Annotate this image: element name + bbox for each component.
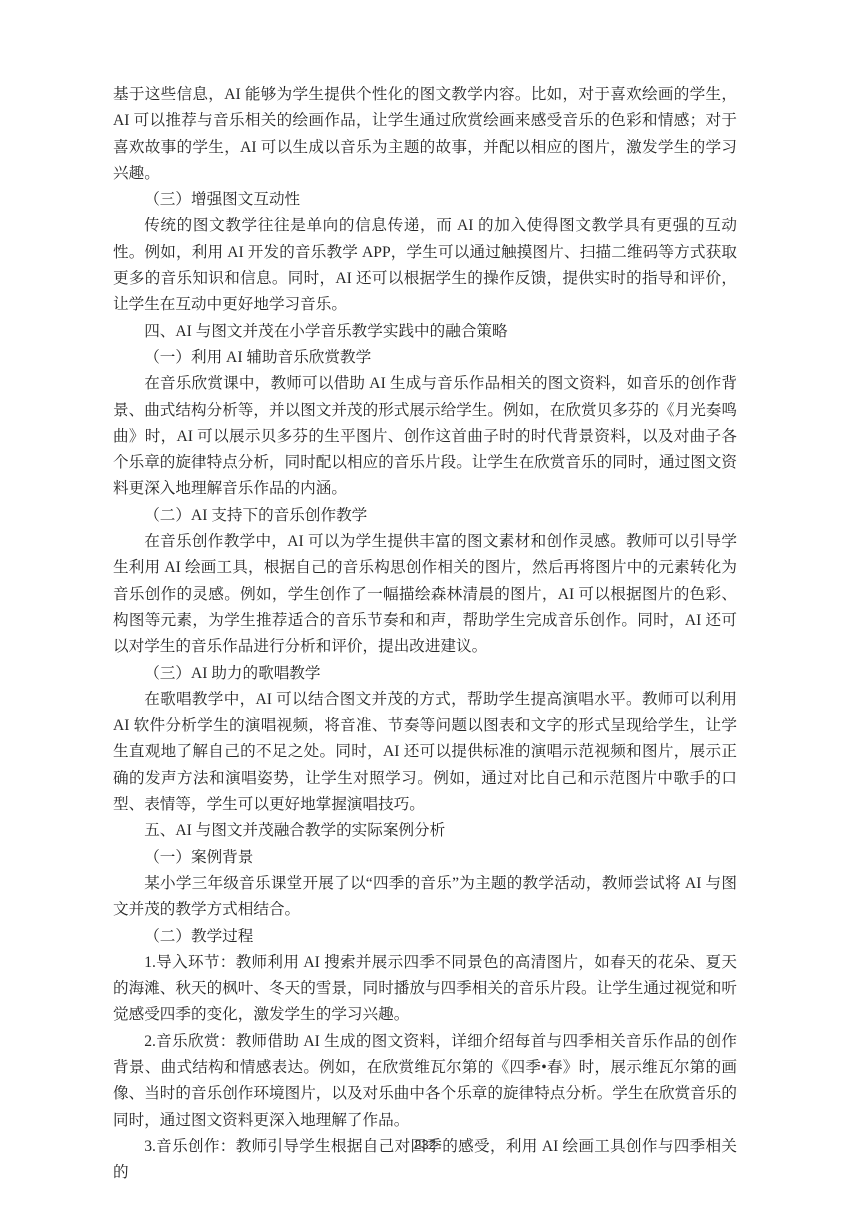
paragraph: （三）增强图文互动性: [113, 187, 737, 213]
paragraph: 五、AI 与图文并茂融合教学的实际案例分析: [113, 818, 737, 844]
page-footer: 232: [0, 1136, 850, 1154]
paragraph: （二）AI 支持下的音乐创作教学: [113, 503, 737, 529]
paragraph: （一）案例背景: [113, 845, 737, 871]
document-page: 基于这些信息，AI 能够为学生提供个性化的图文教学内容。比如，对于喜欢绘画的学生…: [0, 0, 850, 1205]
paragraph: 在音乐欣赏课中，教师可以借助 AI 生成与音乐作品相关的图文资料，如音乐的创作背…: [113, 371, 737, 502]
paragraph: 四、AI 与图文并茂在小学音乐教学实践中的融合策略: [113, 319, 737, 345]
document-body: 基于这些信息，AI 能够为学生提供个性化的图文教学内容。比如，对于喜欢绘画的学生…: [113, 82, 737, 1186]
page-number: 232: [414, 1137, 436, 1152]
paragraph: 在歌唱教学中，AI 可以结合图文并茂的方式，帮助学生提高演唱水平。教师可以利用 …: [113, 687, 737, 818]
paragraph: 传统的图文教学往往是单向的信息传递，而 AI 的加入使得图文教学具有更强的互动性…: [113, 213, 737, 318]
paragraph: 1.导入环节：教师利用 AI 搜索并展示四季不同景色的高清图片，如春天的花朵、夏…: [113, 950, 737, 1029]
paragraph: （三）AI 助力的歌唱教学: [113, 661, 737, 687]
paragraph: （二）教学过程: [113, 924, 737, 950]
paragraph: 基于这些信息，AI 能够为学生提供个性化的图文教学内容。比如，对于喜欢绘画的学生…: [113, 82, 737, 187]
paragraph: 2.音乐欣赏：教师借助 AI 生成的图文资料，详细介绍每首与四季相关音乐作品的创…: [113, 1029, 737, 1134]
paragraph: 在音乐创作教学中，AI 可以为学生提供丰富的图文素材和创作灵感。教师可以引导学生…: [113, 529, 737, 660]
paragraph: 某小学三年级音乐课堂开展了以“四季的音乐”为主题的教学活动，教师尝试将 AI 与…: [113, 871, 737, 924]
paragraph: （一）利用 AI 辅助音乐欣赏教学: [113, 345, 737, 371]
